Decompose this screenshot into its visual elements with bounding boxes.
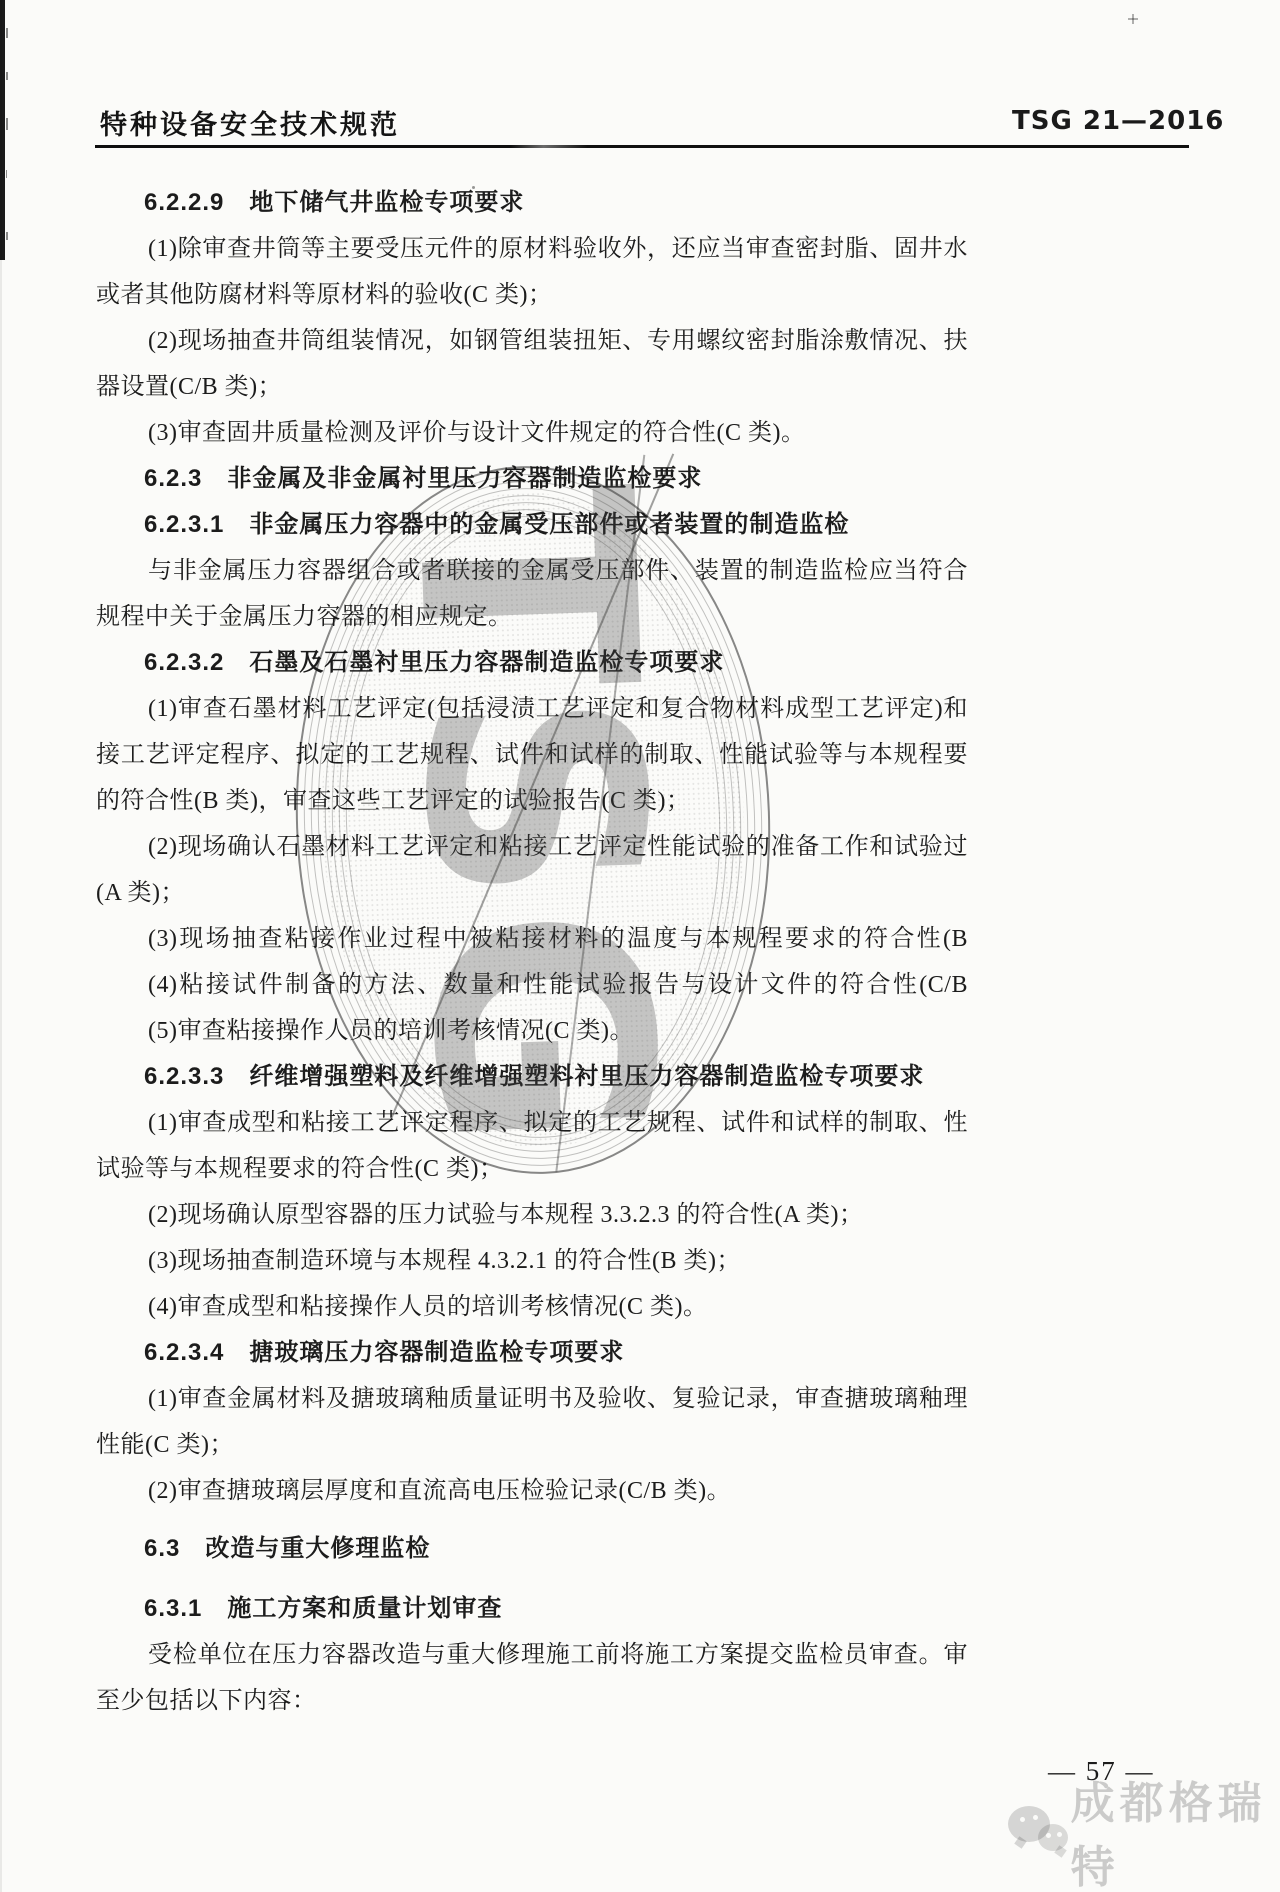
scan-speck — [6, 170, 7, 178]
text-line: (3)现场抽查制造环境与本规程 4.3.2.1 的符合性(B 类)； — [96, 1238, 968, 1284]
scan-speck — [6, 232, 8, 240]
scanned-document-page: 特种设备安全技术规范 TSG 21—2016 6.2.2.9 地下储气井监检专项… — [0, 0, 1280, 1892]
document-code: TSG 21—2016 — [1012, 106, 1224, 136]
text-line: (2)现场确认石墨材料工艺评定和粘接工艺评定性能试验的准备工作和试验过程 — [96, 824, 968, 870]
text-line: 试验等与本规程要求的符合性(C 类)； — [96, 1146, 968, 1192]
text-line: (2)现场确认原型容器的压力试验与本规程 3.3.2.3 的符合性(A 类)； — [96, 1192, 968, 1238]
scan-speck — [472, 186, 475, 189]
text-line: (4)粘接试件制备的方法、数量和性能试验报告与设计文件的符合性(C/B 类)； — [96, 962, 968, 1008]
scan-speck — [6, 118, 8, 130]
text-line: 受检单位在压力容器改造与重大修理施工前将施工方案提交监检员审查。审查 — [96, 1632, 968, 1678]
text-line: (3)现场抽查粘接作业过程中被粘接材料的温度与本规程要求的符合性(B 类)； — [96, 916, 968, 962]
text-line: 的符合性(B 类)，审查这些工艺评定的试验报告(C 类)； — [96, 778, 968, 824]
section-heading: 6.3 改造与重大修理监检 — [96, 1526, 968, 1572]
text-line: (3)审查固井质量检测及评价与设计文件规定的符合性(C 类)。 — [96, 410, 968, 456]
text-line: 接工艺评定程序、拟定的工艺规程、试件和试样的制取、性能试验等与本规程要求 — [96, 732, 968, 778]
text-line: (1)审查金属材料及搪玻璃釉质量证明书及验收、复验记录，审查搪玻璃釉理化 — [96, 1376, 968, 1422]
section-heading: 6.2.2.9 地下储气井监检专项要求 — [96, 180, 968, 226]
wechat-icon — [1008, 1802, 1063, 1860]
document-title: 特种设备安全技术规范 — [100, 103, 400, 142]
text-line: (1)审查成型和粘接工艺评定程序、拟定的工艺规程、试件和试样的制取、性能 — [96, 1100, 968, 1146]
text-line: (4)审查成型和粘接操作人员的培训考核情况(C 类)。 — [96, 1284, 968, 1330]
text-line: 至少包括以下内容： — [96, 1678, 968, 1724]
text-line: 规程中关于金属压力容器的相应规定。 — [96, 594, 968, 640]
section-heading: 6.2.3.3 纤维增强塑料及纤维增强塑料衬里压力容器制造监检专项要求 — [96, 1054, 968, 1100]
document-body: 6.2.2.9 地下储气井监检专项要求 (1)除审查井筒等主要受压元件的原材料验… — [96, 180, 968, 1724]
header-rule — [95, 145, 1189, 148]
text-line: 器设置(C/B 类)； — [96, 364, 968, 410]
text-line: 或者其他防腐材料等原材料的验收(C 类)； — [96, 272, 968, 318]
text-line: (2)审查搪玻璃层厚度和直流高电压检验记录(C/B 类)。 — [96, 1468, 968, 1514]
text-line: (1)审查石墨材料工艺评定(包括浸渍工艺评定和复合物材料成型工艺评定)和粘 — [96, 686, 968, 732]
text-line: (A 类)； — [96, 870, 968, 916]
scan-speck — [1132, 14, 1134, 24]
section-heading: 6.2.3.2 石墨及石墨衬里压力容器制造监检专项要求 — [96, 640, 968, 686]
text-line: (5)审查粘接操作人员的培训考核情况(C 类)。 — [96, 1008, 968, 1054]
brand-watermark: 成都格瑞特 — [1008, 1798, 1280, 1864]
scan-edge-line — [0, 0, 2, 1892]
text-line: 与非金属压力容器组合或者联接的金属受压部件、装置的制造监检应当符合本 — [96, 548, 968, 594]
section-heading: 6.3.1 施工方案和质量计划审查 — [96, 1586, 968, 1632]
section-heading: 6.2.3.1 非金属压力容器中的金属受压部件或者装置的制造监检 — [96, 502, 968, 548]
section-heading: 6.2.3 非金属及非金属衬里压力容器制造监检要求 — [96, 456, 968, 502]
scan-speck — [6, 72, 8, 80]
scan-speck — [6, 28, 8, 38]
text-line: (2)现场抽查井筒组装情况，如钢管组装扭矩、专用螺纹密封脂涂敷情况、扶正 — [96, 318, 968, 364]
text-line: (1)除审查井筒等主要受压元件的原材料验收外，还应当审查密封脂、固井水泥 — [96, 226, 968, 272]
brand-name: 成都格瑞特 — [1071, 1767, 1280, 1892]
section-heading: 6.2.3.4 搪玻璃压力容器制造监检专项要求 — [96, 1330, 968, 1376]
text-line: 性能(C 类)； — [96, 1422, 968, 1468]
